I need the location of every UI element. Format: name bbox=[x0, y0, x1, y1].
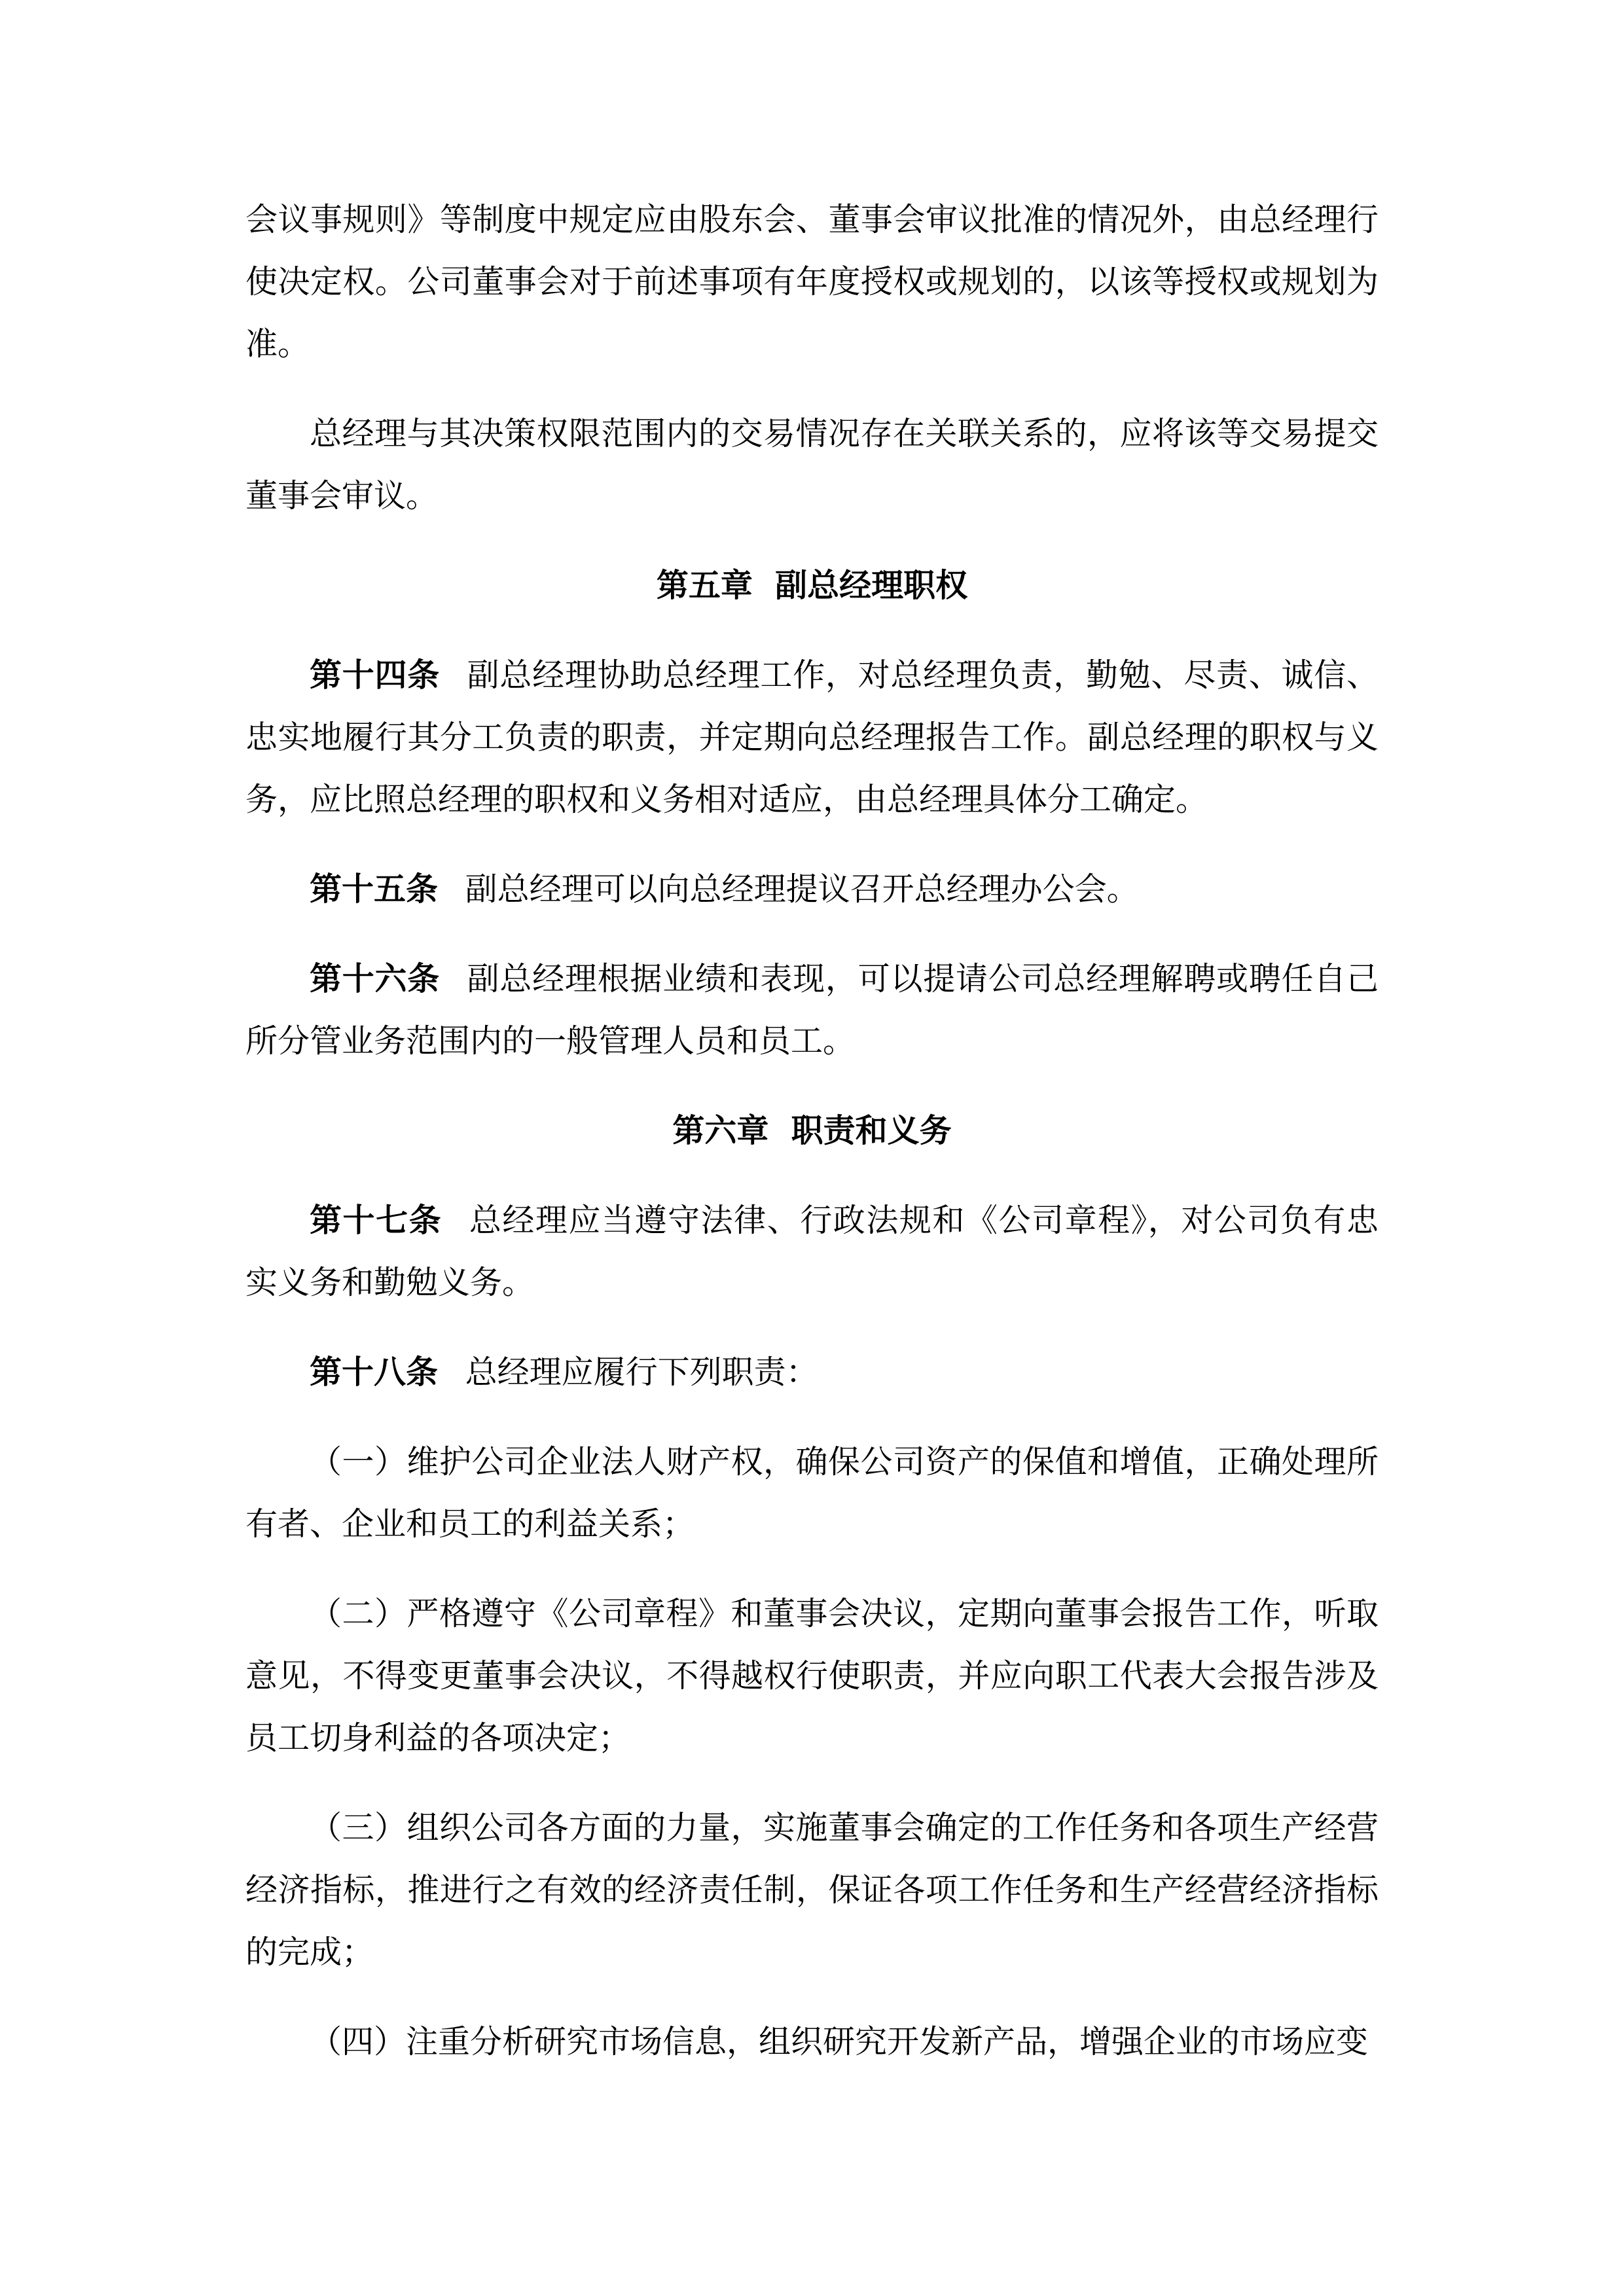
chapter-heading: 第六章职责和义务 bbox=[245, 1100, 1379, 1162]
article-number: 第十四条 bbox=[310, 657, 440, 693]
document-content: 会议事规则》等制度中规定应由股东会、董事会审议批准的情况外，由总经理行使决定权。… bbox=[0, 0, 1624, 2073]
article-text: 总经理应履行下列职责： bbox=[465, 1354, 818, 1390]
list-item: （四）注重分析研究市场信息，组织研究开发新产品，增强企业的市场应变 bbox=[245, 2011, 1379, 2073]
chapter-title: 副总经理职权 bbox=[775, 567, 967, 603]
article-paragraph: 第十七条总经理应当遵守法律、行政法规和《公司章程》，对公司负有忠实义务和勤勉义务… bbox=[245, 1189, 1379, 1314]
paragraph-continuation: 会议事规则》等制度中规定应由股东会、董事会审议批准的情况外，由总经理行使决定权。… bbox=[245, 188, 1379, 375]
paragraph: 总经理与其决策权限范围内的交易情况存在关联关系的，应将该等交易提交董事会审议。 bbox=[245, 403, 1379, 527]
article-number: 第十八条 bbox=[310, 1354, 438, 1390]
chapter-title: 职责和义务 bbox=[791, 1113, 952, 1149]
document-page: 会议事规则》等制度中规定应由股东会、董事会审议批准的情况外，由总经理行使决定权。… bbox=[0, 0, 1624, 2296]
article-text: 副总经理可以向总经理提议召开总经理办公会。 bbox=[465, 871, 1139, 907]
chapter-number: 第六章 bbox=[672, 1113, 768, 1149]
article-paragraph: 第十五条副总经理可以向总经理提议召开总经理办公会。 bbox=[245, 858, 1379, 920]
article-number: 第十五条 bbox=[310, 871, 438, 907]
chapter-number: 第五章 bbox=[657, 567, 753, 603]
article-number: 第十六条 bbox=[310, 961, 440, 997]
list-item: （一）维护公司企业法人财产权，确保公司资产的保值和增值，正确处理所有者、企业和员… bbox=[245, 1431, 1379, 1555]
list-item: （二）严格遵守《公司章程》和董事会决议，定期向董事会报告工作，听取意见，不得变更… bbox=[245, 1583, 1379, 1769]
article-number: 第十七条 bbox=[310, 1202, 442, 1238]
chapter-heading: 第五章副总经理职权 bbox=[245, 554, 1379, 617]
article-paragraph: 第十四条副总经理协助总经理工作，对总经理负责，勤勉、尽责、诚信、忠实地履行其分工… bbox=[245, 644, 1379, 831]
list-item: （三）组织公司各方面的力量，实施董事会确定的工作任务和各项生产经营经济指标，推进… bbox=[245, 1797, 1379, 1983]
article-paragraph: 第十六条副总经理根据业绩和表现，可以提请公司总经理解聘或聘任自己所分管业务范围内… bbox=[245, 948, 1379, 1072]
article-paragraph: 第十八条总经理应履行下列职责： bbox=[245, 1341, 1379, 1403]
